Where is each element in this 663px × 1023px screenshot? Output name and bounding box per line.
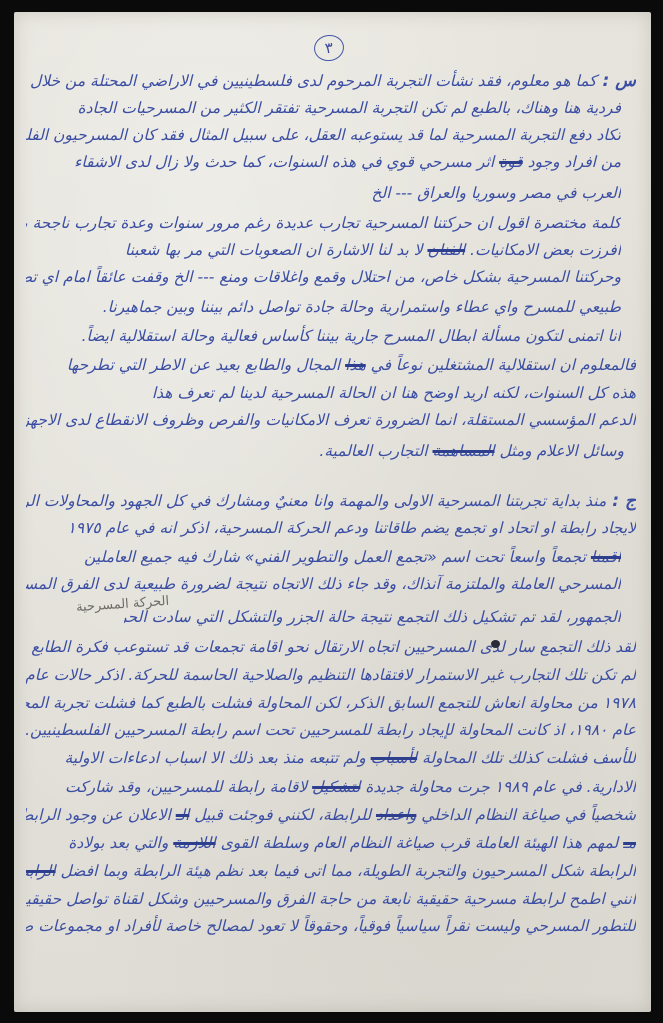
ink-blot-mark: [491, 640, 500, 648]
crossed-out-text: قوة: [499, 153, 523, 171]
crossed-out-text: لتشكيل: [312, 778, 360, 796]
crossed-out-text: الرابطة: [26, 862, 56, 880]
answer-line-2: لايجاد رابطة او اتحاد او تجمع يضم طاقاتن…: [26, 517, 636, 539]
answer-line-10: للأسف فشلت كذلك تلك المحاولة لأسباب ولم …: [26, 747, 636, 769]
crossed-out-text: واعداد: [376, 806, 416, 824]
crossed-out-text: الفنان: [427, 241, 465, 259]
intro-line-2: افرزت بعض الامكانيات. الفنان لا بد لنا ا…: [26, 239, 621, 261]
page-number: ٣: [312, 33, 345, 63]
intro-line-5: انا اتمنى لتكون مسألة ابطال المسرح جارية…: [26, 325, 621, 347]
crossed-out-text: اللازمة: [173, 834, 215, 852]
answer-line-4: المسرحي العاملة والملتزمة آنذاك، وقد جاء…: [26, 573, 621, 595]
answer-line-11: الادارية. في عام ١٩٨٩ جرت محاولة جديدة ل…: [26, 776, 636, 798]
answer-line-13: مـ لمهم هذا الهيئة العاملة قرب صياغة الن…: [26, 832, 636, 854]
intro-line-7: هذه كل السنوات، لكنه اريد اوضح هنا ان ال…: [26, 382, 636, 404]
crossed-out-text: مـ: [623, 834, 636, 852]
answer-line-8: ١٩٧٨ من محاولة انعاش للتجمع السابق الذكر…: [26, 692, 636, 714]
answer-line-14: الرابطة شكل المسرحيون والتجربة الطويلة، …: [26, 860, 636, 882]
intro-line-4: طبيعي للمسرح واي عطاء واستمرارية وحالة ج…: [26, 296, 621, 318]
intro-line-9: وسائل الاعلام ومثل المساهمة التجارب العا…: [204, 440, 624, 462]
crossed-out-text: لأسباب: [371, 749, 417, 767]
crossed-out-text: اقمنا: [591, 548, 621, 566]
question-line-1: س :كما هو معلوم، فقد نشأت التجربة المرحو…: [26, 70, 636, 92]
answer-line-5: الجمهور، لقد تم تشكيل ذلك التجمع نتيجة ح…: [124, 606, 621, 628]
question-line-5: العرب في مصر وسوريا والعراق --- الخ: [154, 182, 621, 204]
intro-line-6: فالمعلوم ان استقلالية المشتغلين نوعاً في…: [26, 354, 636, 376]
question-line-2: فردية هنا وهناك، بالطبع لم تكن التجربة ا…: [26, 97, 621, 119]
intro-line-8: الدعم المؤسسي المستقلة، انما الضرورة تعر…: [26, 409, 636, 431]
crossed-out-text: المساهمة: [433, 442, 495, 460]
question-line-3: تكاد دفع التجربة المسرحية لما قد يستوعبه…: [26, 124, 621, 146]
crossed-out-text: هذا: [345, 356, 366, 374]
question-line-4: من افراد وجود قوة اثر مسرحي قوي في هذه ا…: [26, 151, 621, 173]
answer-line-3: اقمنا تجمعاً واسعاً تحت اسم «تجمع العمل …: [26, 546, 621, 568]
answer-line-15: انني اطمح لرابطة مسرحية حقيقية نابعة من …: [26, 888, 636, 910]
answer-line-6: لقد ذلك التجمع سار لدى المسرحيين اتجاه ا…: [26, 636, 636, 658]
answer-line-1: ج :منذ بداية تجربتنا المسرحية الاولى وال…: [26, 490, 636, 512]
scan-background: ٣ س :كما هو معلوم، فقد نشأت التجربة المر…: [0, 0, 663, 1023]
intro-line-3: وحركتنا المسرحية بشكل خاص، من احتلال وقم…: [26, 266, 621, 288]
answer-line-9: عام ١٩٨٠، اذ كانت المحاولة لإيجاد رابطة …: [26, 719, 636, 741]
question-marker: س :: [603, 71, 636, 91]
intro-line-1: كلمة مختصرة اقول ان حركتنا المسرحية تجار…: [26, 212, 621, 234]
answer-line-7: لم تكن تلك التجارب غير الاستمرار لافتقاد…: [26, 664, 636, 686]
answer-line-12: شخصياً في صياغة النظام الداخلي واعداد لل…: [26, 804, 636, 826]
manuscript-page: ٣ س :كما هو معلوم، فقد نشأت التجربة المر…: [14, 12, 651, 1012]
answer-line-16: للتطور المسرحي وليست نقراً سياسياً فوقيا…: [26, 915, 636, 937]
answer-marker: ج :: [612, 491, 636, 511]
crossed-out-text: الـ: [176, 806, 190, 824]
